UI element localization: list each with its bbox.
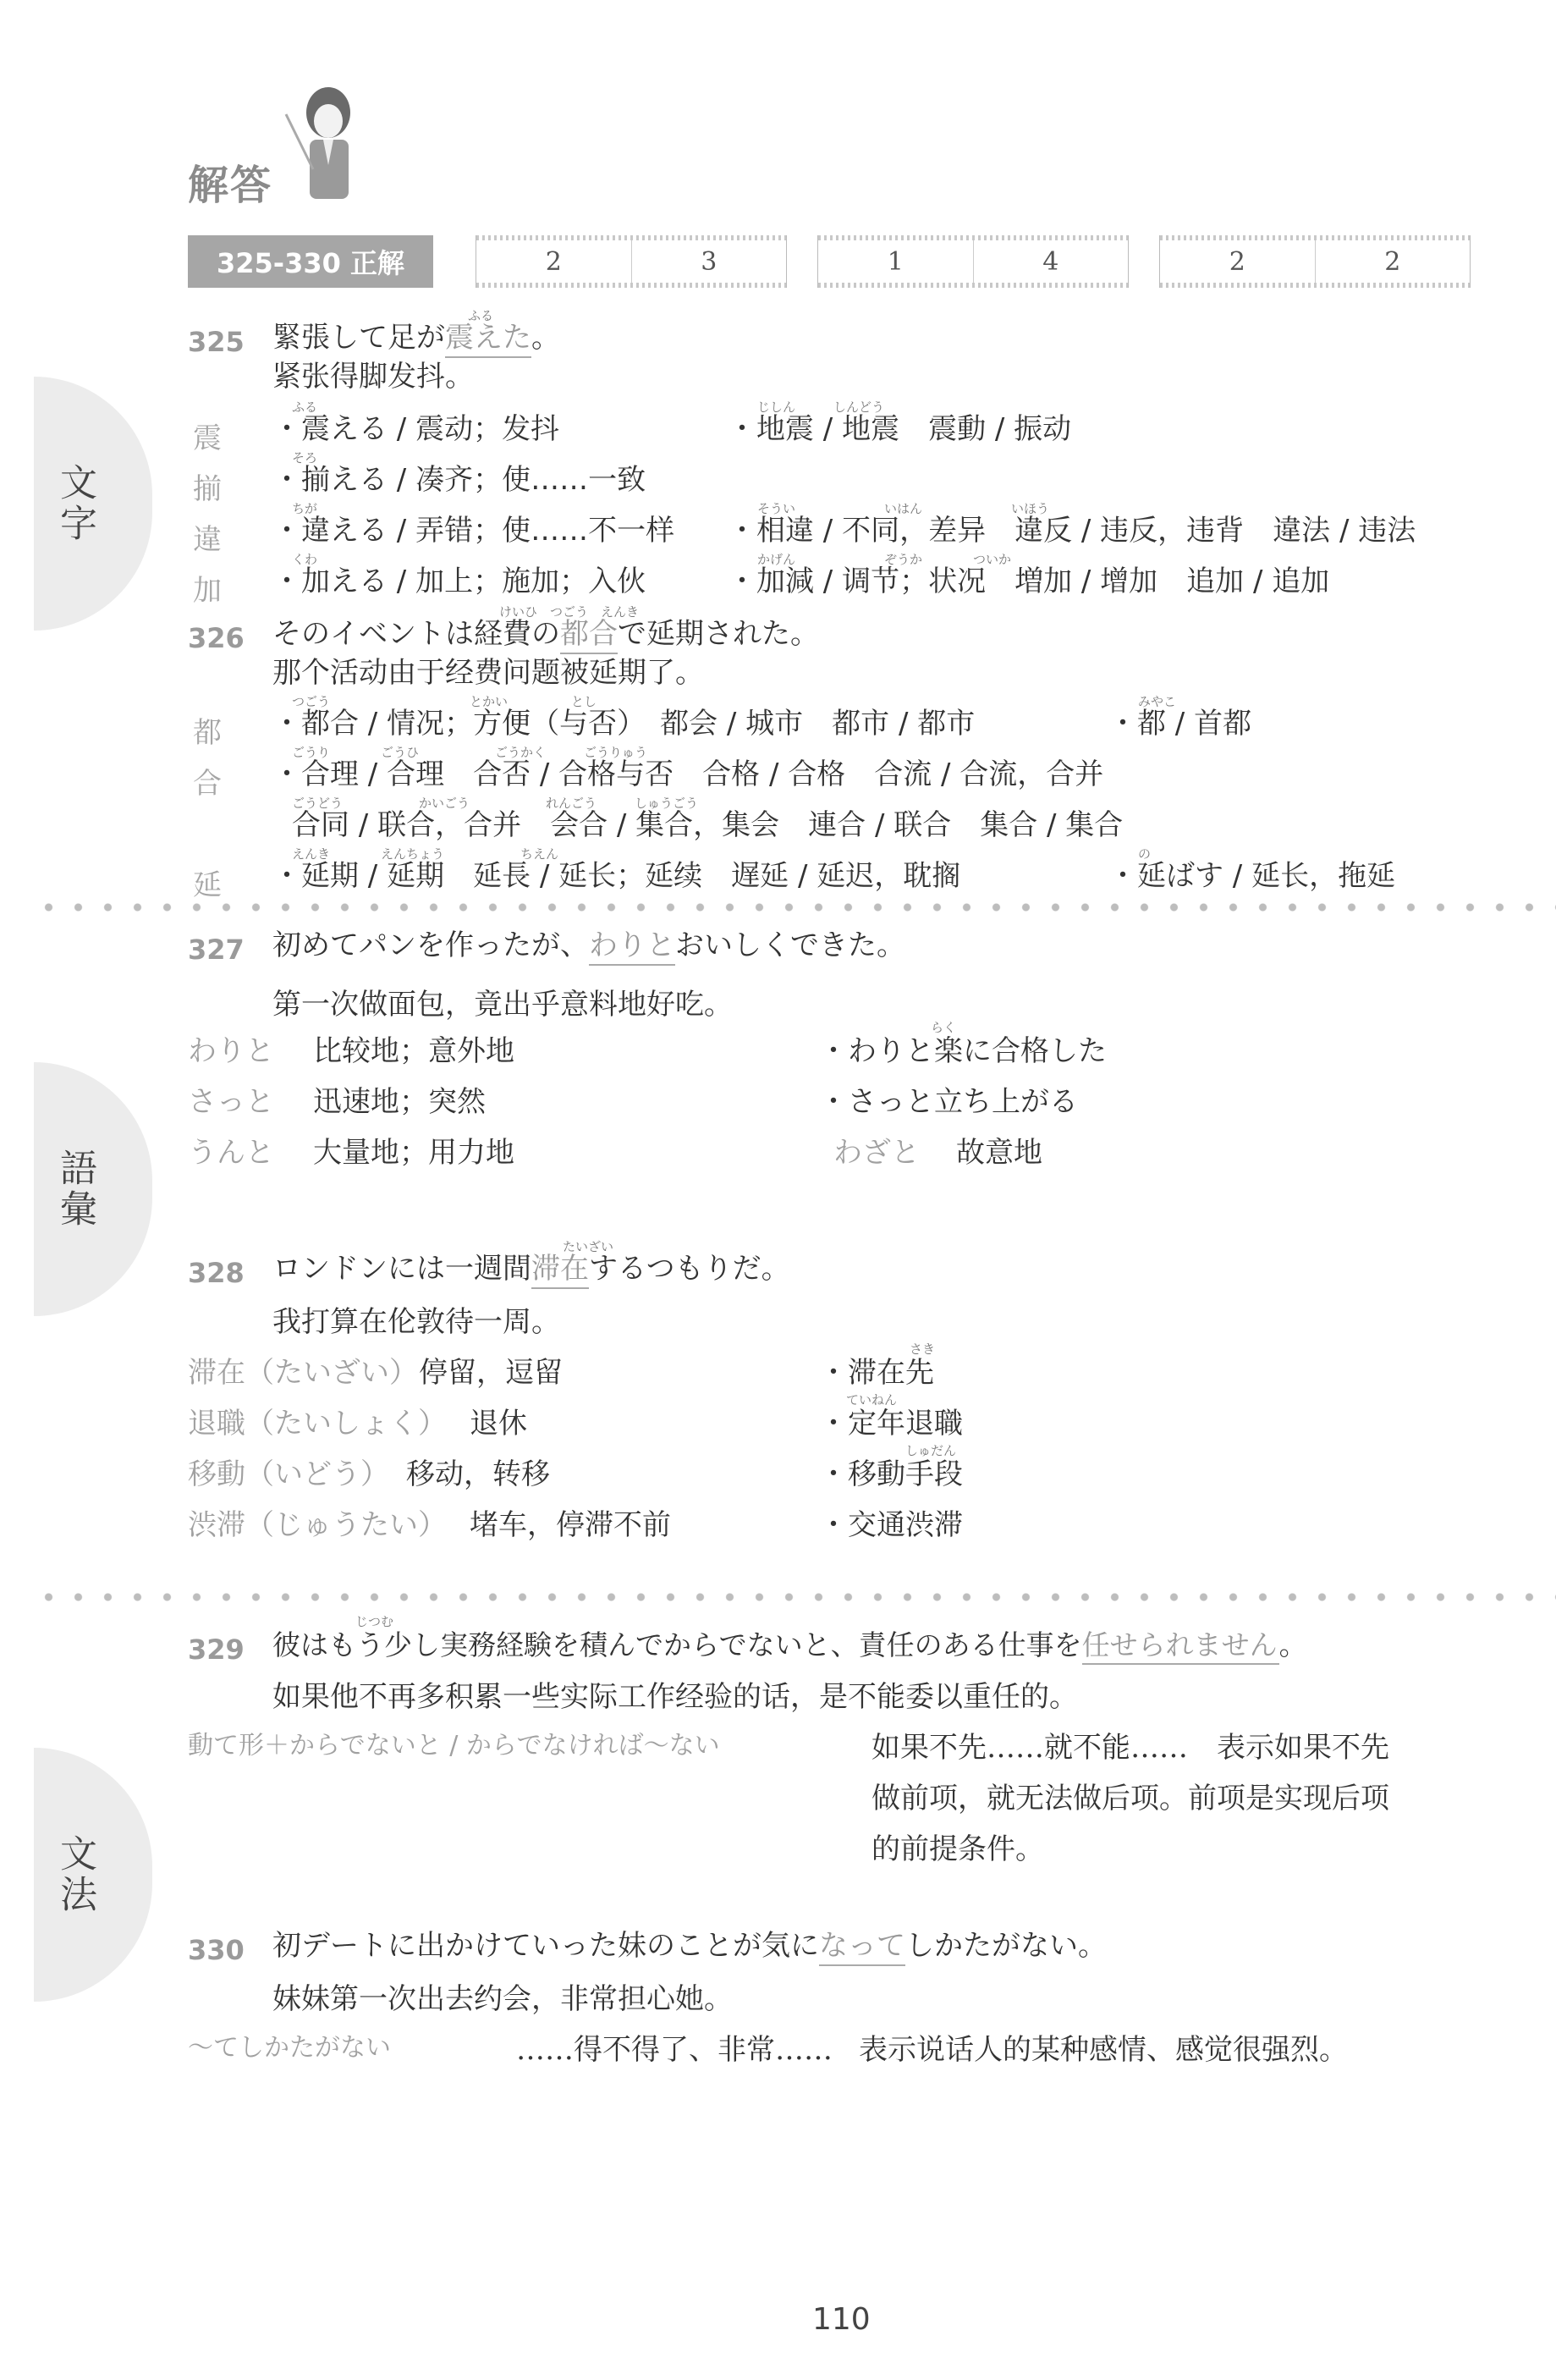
furigana: ていねん [846,1391,897,1408]
vocab-entry: 合同 / 联合，合并 会合 / 集合，集会 連合 / 联合 集合 / 集合 [292,811,1123,840]
vocab-example: ・滞在先 [819,1358,934,1387]
vocab-example: ・さっと立ち上がる [819,1088,1078,1116]
dotted-separator [34,1593,1556,1601]
vocab-entry: ・加える / 加上；施加；入伙 [272,567,646,596]
vocab-entry: ・加減 / 调节；状况 増加 / 增加 追加 / 追加 [728,567,1329,596]
translation: 那个活动由于经费问题被延期了。 [272,658,704,687]
underlined-target: わりと [589,928,675,966]
vocab-entry: ・合理 / 合理 合否 / 合格与否 合格 / 合格 合流 / 合流，合并 [272,760,1103,789]
side-tab-label: 語彙 [47,1149,102,1230]
answer-cell: 2 [476,235,631,288]
question-sentence: 初デートに出かけていった妹のことが気になってしかたがない。 [272,1931,1107,1960]
vocab-entry: ・相違 / 不同，差异 違反 / 违反，违背 違法 / 违法 [728,516,1416,545]
vocab-example: ・わりと楽に合格した [819,1037,1107,1066]
furigana: しゅだん [905,1441,956,1459]
grammar-explanation: 做前项，就无法做后项。前项是实现后项 [871,1784,1389,1813]
side-tab-moji: 文字 [34,377,152,631]
translation: 如果他不再多积累一些实际工作经验的话，是不能委以重任的。 [272,1683,1078,1711]
question-number: 328 [188,1257,245,1289]
vocab-term: うんと [188,1138,274,1167]
vocab-meaning: 退休 [470,1409,527,1438]
teacher-mascot-icon [279,80,372,207]
underlined-target: 都合 [560,617,618,654]
grammar-explanation: 的前提条件。 [871,1835,1044,1864]
vocab-term: 滞在（たいざい） [188,1358,418,1387]
vocab-term: 退職（たいしょく） [188,1409,447,1438]
answer-key-label: 325-330 正解 [188,235,433,288]
vocab-entry: ・震える / 震动；发抖 [272,415,559,443]
kanji-heading: 都 [193,709,222,751]
kanji-heading: 延 [193,862,222,903]
answer-group: 2 3 [476,235,787,288]
grammar-explanation: 表示说话人的某种感情、感觉很强烈。 [859,2036,1348,2064]
kanji-heading: 揃 [193,466,222,507]
vocab-meaning: 迅速地；突然 [313,1088,486,1116]
section-title: 解答 [188,152,272,211]
vocab-example: ・交通渋滞 [819,1511,963,1540]
question-sentence: そのイベントは経費の都合で延期された。 [272,620,819,648]
question-sentence: 初めてパンを作ったが、わりとおいしくできた。 [272,931,905,960]
question-number: 327 [188,934,245,966]
vocab-entry: ・都 / 首都 [1108,709,1251,738]
vocab-example: ・移動手段 [819,1460,963,1489]
vocab-term: わざと [833,1138,920,1167]
furigana: らく [931,1018,956,1036]
side-tab-label: 文法 [47,1834,102,1915]
vocab-term: さっと [188,1088,274,1116]
underlined-target: なって [819,1929,905,1966]
vocab-entry: ・延ばす / 延长，拖延 [1108,862,1395,890]
vocab-meaning: 比较地；意外地 [313,1037,514,1066]
vocab-meaning: 大量地；用力地 [313,1138,514,1167]
vocab-entry: ・都合 / 情况；方便（与否） 都会 / 城市 都市 / 都市 [272,709,975,738]
vocab-term: 渋滞（じゅうたい） [188,1511,447,1540]
answer-group: 1 4 [817,235,1129,288]
vocab-meaning: 停留，逗留 [419,1358,563,1387]
vocab-entry: ・延期 / 延期 延長 / 延长；延续 遅延 / 延迟，耽搁 [272,862,960,890]
kanji-heading: 震 [193,415,222,456]
answer-cell: 4 [973,235,1129,288]
underlined-target: 任せられません [1082,1628,1279,1665]
question-number: 329 [188,1633,245,1666]
underlined-target: 滞在 [531,1252,589,1289]
question-number: 325 [188,326,245,358]
translation: 紧张得脚发抖。 [272,362,474,391]
furigana: さき [910,1340,935,1358]
grammar-pattern: ～てしかたがない [188,2036,391,2061]
grammar-explanation: 如果不先……就不能…… 表示如果不先 [871,1733,1389,1762]
vocab-entry: ・違える / 弄错；使……不一样 [272,516,674,545]
vocab-term: わりと [188,1037,274,1066]
page-number: 110 [812,2302,871,2337]
answer-cell: 2 [1315,235,1471,288]
vocab-entry: ・地震 / 地震 震動 / 振动 [728,415,1071,443]
vocab-term: 移動（いどう） [188,1460,389,1489]
translation: 妹妹第一次出去约会，非常担心她。 [272,1985,733,2014]
translation: 第一次做面包，竟出乎意料地好吃。 [272,990,733,1019]
question-number: 330 [188,1934,245,1966]
kanji-heading: 加 [193,567,222,609]
underlined-target: 震えた [445,321,531,358]
side-tab-label: 文字 [47,463,102,544]
answer-group: 2 2 [1159,235,1471,288]
vocab-meaning: 堵车，停滞不前 [470,1511,671,1540]
translation: 我打算在伦敦待一周。 [272,1308,560,1336]
furigana: じつむ [355,1612,393,1630]
dotted-separator [34,903,1556,912]
question-sentence: ロンドンには一週間滞在するつもりだ。 [272,1254,790,1283]
answer-cell: 3 [631,235,787,288]
question-number: 326 [188,622,245,654]
answer-cell: 1 [818,235,973,288]
question-sentence: 彼はもう少し実務経験を積んでからでないと、責任のある仕事を任せられません。 [272,1631,1307,1659]
vocab-entry: ・揃える / 凑齐；使……一致 [272,466,646,494]
answer-cell: 2 [1160,235,1315,288]
vocab-meaning: 故意地 [956,1138,1042,1167]
vocab-meaning: 移动，转移 [406,1460,550,1489]
question-sentence: 緊張して足が震えた。 [272,323,560,352]
vocab-example: ・定年退職 [819,1409,963,1438]
grammar-meaning: ……得不得了、非常…… [516,2036,833,2064]
side-tab-goi: 語彙 [34,1062,152,1316]
grammar-pattern: 動て形＋からでないと / からでなければ～ない [188,1733,720,1759]
kanji-heading: 合 [193,760,222,802]
side-tab-bunpo: 文法 [34,1748,152,2002]
kanji-heading: 違 [193,516,222,558]
